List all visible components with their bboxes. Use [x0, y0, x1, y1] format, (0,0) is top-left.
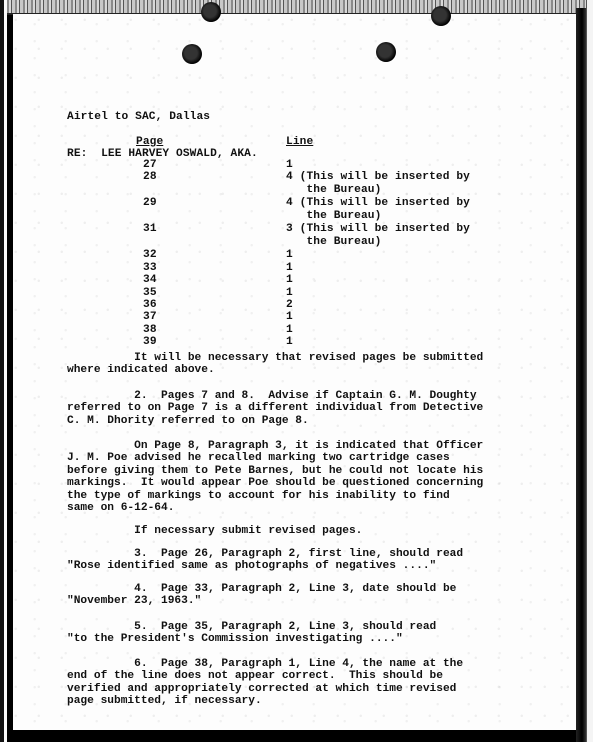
memo-paragraph: 6. Page 38, Paragraph 1, Line 4, the nam… — [67, 658, 463, 708]
memo-addressee: Airtel to SAC, Dallas — [67, 111, 258, 123]
table-cell-line: 1 — [286, 274, 293, 286]
table-cell-page: 32 — [143, 249, 157, 261]
table-cell-line: 1 — [286, 262, 293, 274]
table-cell-page: 27 — [143, 159, 157, 171]
table-cell-line: 1 — [286, 159, 293, 171]
table-header-line: Line — [286, 136, 313, 148]
memo-paragraph: If necessary submit revised pages. — [67, 525, 362, 537]
memo-subject: RE: LEE HARVEY OSWALD, AKA. — [67, 148, 258, 160]
table-cell-page: 28 — [143, 171, 157, 183]
table-cell-line: 2 — [286, 299, 293, 311]
scan-bottom-border — [13, 730, 576, 742]
memo-paragraph: It will be necessary that revised pages … — [67, 352, 483, 377]
scan-left-margin — [4, 0, 7, 742]
table-cell-page: 39 — [143, 336, 157, 348]
memo-paragraph: 3. Page 26, Paragraph 2, first line, sho… — [67, 548, 463, 573]
table-cell-page: 37 — [143, 311, 157, 323]
memo-paragraph: 5. Page 35, Paragraph 2, Line 3, should … — [67, 621, 436, 646]
memo-paragraph: 2. Pages 7 and 8. Advise if Captain G. M… — [67, 390, 483, 427]
table-cell-line: 1 — [286, 311, 293, 323]
table-cell-line: 1 — [286, 249, 293, 261]
punch-hole-icon — [201, 2, 221, 22]
table-cell-line: 1 — [286, 324, 293, 336]
scan-right-border — [576, 8, 586, 742]
table-cell-line: 1 — [286, 287, 293, 299]
table-cell-line: 4 (This will be inserted by the Bureau) — [286, 197, 470, 222]
punch-hole-icon — [182, 44, 202, 64]
table-header-page: Page — [136, 136, 163, 148]
table-cell-line: 4 (This will be inserted by the Bureau) — [286, 171, 470, 196]
scan-top-edge — [7, 0, 593, 15]
punch-hole-icon — [431, 6, 451, 26]
table-cell-line: 3 (This will be inserted by the Bureau) — [286, 223, 470, 248]
scan-right-edge — [586, 0, 593, 742]
table-cell-page: 31 — [143, 223, 157, 235]
table-cell-page: 35 — [143, 287, 157, 299]
memo-paragraph: 4. Page 33, Paragraph 2, Line 3, date sh… — [67, 583, 456, 608]
table-cell-page: 38 — [143, 324, 157, 336]
table-cell-page: 36 — [143, 299, 157, 311]
table-cell-page: 34 — [143, 274, 157, 286]
punch-hole-icon — [376, 42, 396, 62]
table-cell-page: 33 — [143, 262, 157, 274]
table-cell-page: 29 — [143, 197, 157, 209]
table-cell-line: 1 — [286, 336, 293, 348]
memo-header: Airtel to SAC, Dallas RE: LEE HARVEY OSW… — [67, 86, 258, 173]
memo-paragraph: On Page 8, Paragraph 3, it is indicated … — [67, 440, 483, 514]
